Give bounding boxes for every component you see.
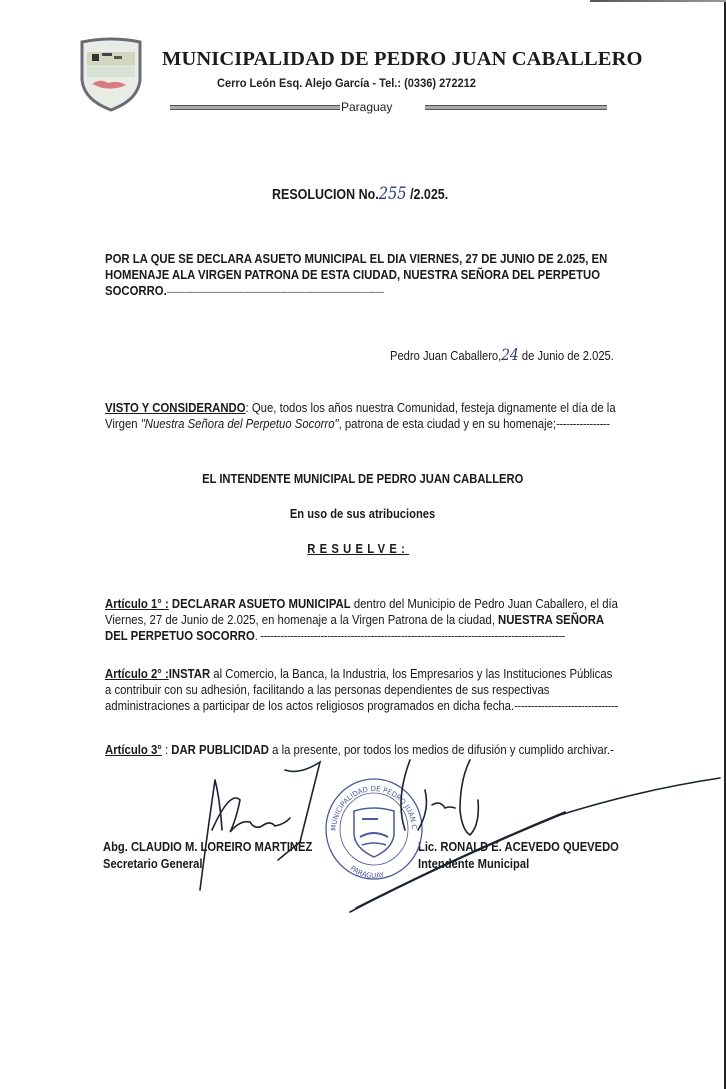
resuelve-heading: RESUELVE: [0,541,721,556]
attributions-line: En uso de sus atribuciones [0,506,726,521]
authority-heading: EL INTENDENTE MUNICIPAL DE PEDRO JUAN CA… [0,471,726,486]
visto-considerando: VISTO Y CONSIDERANDO: Que, todos los año… [105,400,625,432]
article-label: Artículo 3° [105,742,162,757]
article-3: Artículo 3° : DAR PUBLICIDAD a la presen… [105,742,625,758]
svg-text:PARAGUAY: PARAGUAY [349,864,386,880]
considerando-label: VISTO Y CONSIDERANDO [105,400,246,415]
place-date: Pedro Juan Caballero,24 de Junio de 2.02… [390,345,614,364]
resolution-prefix: RESOLUCION No. [272,187,379,203]
signer-intendente: Lic. RONALD E. ACEVEDO QUEVEDO Intendent… [418,838,619,872]
signer-role: Intendente Municipal [418,855,619,872]
subject-line: HOMENAJE ALA VIRGEN PATRONA DE ESTA CIUD… [105,267,552,283]
page-top-edge [590,0,726,2]
institution-country: Paraguay [341,100,392,114]
signer-role: Secretario General [103,855,312,872]
svg-text:MUNICIPALIDAD DE PEDRO JUAN CA: MUNICIPALIDAD DE PEDRO JUAN CABALLERO [322,773,418,831]
resolution-subject: POR LA QUE SE DECLARA ASUETO MUNICIPAL E… [105,251,625,300]
header-rule-left [170,105,340,110]
signer-name: Abg. CLAUDIO M. LOREIRO MARTINEZ [103,838,312,855]
institution-address: Cerro León Esq. Alejo García - Tel.: (03… [217,76,476,90]
municipal-shield-icon [78,36,144,112]
handwritten-number: 255 [379,184,407,204]
official-stamp-icon: MUNICIPALIDAD DE PEDRO JUAN CABALLERO PA… [322,773,426,883]
signer-name: Lic. RONALD E. ACEVEDO QUEVEDO [418,838,619,855]
article-2: Artículo 2° :INSTAR al Comercio, la Banc… [105,666,625,714]
resolution-number: RESOLUCION No.255 /2.025. [272,184,477,204]
institution-title: MUNICIPALIDAD DE PEDRO JUAN CABALLERO [162,48,643,71]
subject-line: POR LA QUE SE DECLARA ASUETO MUNICIPAL E… [105,251,552,267]
article-label: Artículo 2° : [105,666,169,681]
resolution-year: /2.025. [407,187,449,203]
signer-secretary: Abg. CLAUDIO M. LOREIRO MARTINEZ Secreta… [103,838,312,872]
subject-line: SOCORRO.--------------------------------… [105,283,552,300]
article-label: Artículo 1° : [105,596,169,611]
article-1: Artículo 1° : DECLARAR ASUETO MUNICIPAL … [105,596,625,644]
header-rule-right [425,105,607,110]
handwritten-day: 24 [501,345,519,364]
